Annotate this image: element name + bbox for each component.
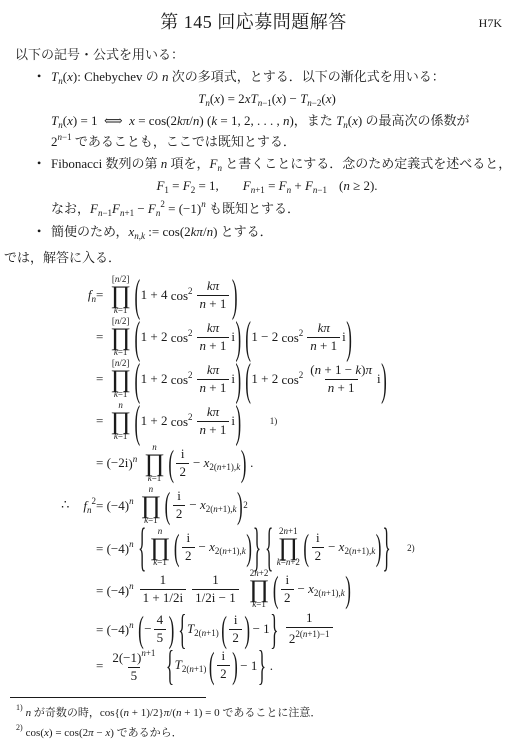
text-run: +1 — [125, 208, 135, 218]
equation-line-3: =[n/2]∏k=1(1 + 2 cos2kπn + 1i)(1 + 2 cos… — [4, 359, 503, 400]
math-text: 1 − 2 — [251, 329, 281, 344]
text-run: +1), — [227, 546, 242, 556]
delimiter: ( — [208, 647, 215, 684]
math-run: i — [177, 488, 181, 503]
intro-lead: 以下の記号・公式を用いる： — [15, 44, 503, 63]
numerator: i — [282, 573, 292, 589]
product-operator: n∏k=1 — [144, 443, 165, 484]
math-text: − 1 — [253, 621, 270, 636]
math-fragment: xT — [245, 91, 258, 106]
math-text: 1 — [212, 572, 219, 587]
text-run: 2 — [315, 548, 322, 563]
math-text: n + 1 — [200, 422, 227, 437]
math-text: . — [247, 455, 254, 470]
math-text: n+1 — [251, 185, 265, 195]
math-run: kπ — [207, 320, 219, 335]
delimiter: ( — [168, 445, 175, 482]
numerator: kπ — [204, 321, 222, 337]
text-run: ) — [332, 91, 336, 106]
text-run: = — [169, 178, 183, 193]
numerator: kπ — [204, 279, 222, 295]
equation-line-9: = (−4)n(−45){T2(n+1)(i2)− 1}122(n+1)−1 — [4, 611, 503, 647]
math-text: n−1 — [258, 98, 272, 108]
delimiter: { — [178, 608, 187, 651]
math-text: = — [96, 658, 103, 673]
fraction: kπn + 1 — [197, 363, 230, 396]
math-text: − 1 — [215, 590, 235, 605]
math-run: cos2 — [281, 328, 303, 346]
math-run: n + 1 — [328, 380, 355, 395]
math-run: i — [222, 648, 226, 663]
equation-lhs: fn — [4, 287, 96, 304]
text-run: 1 + 4 — [141, 287, 171, 302]
footnote-marker: 1) — [270, 416, 278, 426]
delimiter: ( — [173, 529, 180, 566]
subscript: 2(n+1),k — [206, 504, 237, 514]
denominator: 2 — [176, 463, 189, 480]
equation-line-4: =n∏k=1(1 + 2 cos2kπn + 1i)1) — [4, 401, 503, 442]
text-run: +1) — [194, 664, 207, 674]
math-run: 2 — [179, 464, 186, 479]
text-run: −1 — [262, 98, 272, 108]
text-run: であることも，ここでは既知とする． — [72, 134, 296, 149]
footnote-label: 1) — [16, 703, 26, 712]
math-text: n + 1 — [200, 338, 227, 353]
text-run: 1 — [160, 572, 167, 587]
text-run: = (−4) — [96, 622, 129, 637]
delimiter: ) — [244, 610, 251, 647]
math-text: kπ — [318, 320, 330, 335]
math-run: n + 1 — [200, 422, 227, 437]
fraction: 11 + 1/2i — [140, 573, 187, 606]
denominator: 2 — [281, 589, 294, 606]
text-run: 1 — [306, 610, 313, 625]
math-text: (x) = 1 ⟺ x = — [63, 113, 149, 128]
delimiter: ) — [381, 356, 388, 402]
text-run: =1 — [157, 557, 167, 567]
superscript: 2 — [188, 370, 193, 380]
delimiter: ) — [240, 445, 247, 482]
fraction: kπn + 1 — [197, 405, 230, 438]
math-run: 2(−1)n+1 — [112, 650, 155, 665]
text-run: − 1 — [215, 590, 235, 605]
text-run: 2(−1) — [112, 650, 141, 665]
math-fragment: F — [112, 201, 120, 216]
text-run: . — [247, 455, 254, 470]
text-run: 2 — [179, 464, 186, 479]
text-run: +1), — [218, 504, 233, 514]
text-run: 1 + 2 — [251, 371, 281, 386]
math-run: − x2(n+1),k — [193, 455, 240, 472]
math-text: k=1 — [114, 431, 128, 441]
math-run: − — [144, 621, 151, 637]
math-text: 2 — [299, 328, 304, 338]
numerator: i — [178, 447, 188, 463]
fraction: i2 — [312, 531, 325, 564]
math-run: − 1 — [215, 590, 235, 605]
text-run: =1 — [118, 305, 128, 315]
text-run: +1 — [146, 648, 156, 658]
text-line: Tn(x): Chebychev の n 次の多項式，とする．以下の漸化式を用い… — [51, 68, 503, 88]
delimiter: ( — [303, 529, 310, 566]
math-run: = (−4)n — [96, 581, 134, 599]
text-run: ，また — [294, 113, 336, 128]
superscript: n−1 — [58, 132, 72, 142]
text-run: 2 — [188, 370, 193, 380]
math-text: 2(n+1),k — [206, 504, 237, 514]
math-run: F1 — [156, 178, 168, 193]
delimiter: ) — [246, 529, 253, 566]
numerator: i — [183, 531, 193, 547]
text-line: Fibonacci 数列の第 n 項を，Fn と書くことにする．念のため定義式を… — [51, 155, 503, 175]
operator-limit: k=1 — [114, 306, 128, 316]
denominator: 2 — [229, 629, 242, 646]
math-run: − Fn2 — [134, 201, 165, 216]
denominator: n + 1 — [197, 421, 230, 438]
text-run: + 1 — [206, 296, 226, 311]
text-run: =1 — [148, 515, 158, 525]
math-text: i — [222, 648, 226, 663]
equation-rhs: = (−4)n11 + 1/2i11/2i − 12n+2∏k=1(i2− x2… — [96, 569, 351, 610]
math-fragment: n — [129, 620, 134, 630]
numerator: i — [231, 613, 241, 629]
subscript: n−1 — [313, 185, 327, 195]
math-run: 5 — [157, 630, 164, 645]
math-run: {(n + 1)/2}π/(n + 1) = 0 — [115, 707, 220, 719]
superscript: 2 — [188, 286, 193, 296]
operator-limit: k=1 — [114, 432, 128, 442]
math-text: F — [90, 201, 98, 216]
product-symbol: ∏ — [278, 537, 299, 558]
subscript: 2(n+1),k — [344, 546, 375, 556]
operator-limit: k=1 — [148, 474, 162, 484]
math-run: cos2 — [281, 370, 303, 388]
product-symbol: ∏ — [110, 369, 131, 390]
math-run: 1 − 2 — [251, 329, 281, 345]
text-run: + 1) = 0 — [182, 707, 220, 719]
superscript: 2(n+1)−1 — [295, 629, 329, 639]
math-text: − — [144, 621, 151, 636]
math-run: kπ — [318, 320, 330, 335]
math-text: = — [96, 413, 103, 428]
math-run: i — [181, 446, 185, 461]
delimiter: ) — [346, 314, 353, 360]
math-text: 1 + 2 — [141, 413, 171, 428]
denominator: n + 1 — [325, 379, 358, 396]
fraction: kπn + 1 — [197, 279, 230, 312]
math-run: i — [316, 530, 320, 545]
text-run: ) = 1 ⟺ — [73, 113, 129, 128]
math-text: = (−2 — [96, 455, 125, 470]
text-run: + 1 − — [321, 362, 355, 377]
text-run: + — [291, 178, 305, 193]
math-text: i — [177, 488, 181, 503]
text-run: = (−4) — [96, 498, 129, 513]
math-run: cos — [64, 727, 79, 739]
text-run: = — [96, 658, 103, 673]
math-text: 2 — [188, 328, 193, 338]
math-fragment: n — [129, 539, 134, 549]
text-run: と書くことにする．念のため定義式を述べると， — [222, 156, 511, 171]
math-fragment: kπ — [177, 113, 189, 128]
text-run: −1 — [62, 132, 72, 142]
math-fragment: kπ — [207, 278, 219, 293]
footnote-1: 1)n が奇数の時，cos{(n + 1)/2}π/(n + 1) = 0 であ… — [10, 702, 501, 722]
denominator: 5 — [128, 667, 141, 684]
math-text: k=n+2 — [277, 557, 300, 567]
text-run: 2 — [188, 328, 193, 338]
math-text: n — [129, 581, 134, 591]
math-text: (x) — [348, 113, 362, 128]
math-text: {(n + 1)/2}π/(n + 1) = 0 — [115, 707, 220, 719]
text-run: +1 — [255, 185, 265, 195]
text-run: も既知とする． — [206, 201, 300, 216]
math-text: n + 1 — [310, 338, 337, 353]
math-run: i — [285, 572, 289, 587]
numerator: kπ — [204, 405, 222, 421]
math-text: 2 — [188, 370, 193, 380]
math-run: (2π − x) — [79, 727, 114, 739]
math-fragment: F — [279, 178, 287, 193]
subscript: n,k — [134, 231, 145, 241]
product-operator: [n/2]∏k=1 — [110, 317, 131, 358]
delimiter: ( — [272, 571, 279, 608]
text-run: −1 — [102, 208, 112, 218]
math-fragment: π — [365, 362, 372, 377]
centered-formula: F1 = F2 = 1,Fn+1 = Fn + Fn−1(n ≥ 2). — [51, 177, 483, 197]
subscript: n — [156, 208, 161, 218]
symbol-list: Tn(x): Chebychev の n 次の多項式，とする．以下の漸化式を用い… — [4, 68, 503, 243]
product-symbol: ∏ — [110, 285, 131, 306]
text-run: −2 — [312, 98, 322, 108]
derivation-block: fn=[n/2]∏k=1(1 + 4 cos2kπn + 1)=[n/2]∏k=… — [4, 275, 503, 684]
math-text: F — [243, 178, 251, 193]
numerator: i — [219, 649, 229, 665]
math-run: = — [96, 658, 103, 674]
math-text: 2(n+1),k — [209, 462, 240, 472]
text-run: = 1, — [195, 178, 219, 193]
text-run: ) = 2 — [220, 91, 245, 106]
math-run: (x) — [321, 91, 335, 106]
text-run: − — [144, 621, 151, 636]
math-run: 2 — [220, 666, 227, 681]
superscript: 2 — [188, 328, 193, 338]
math-run: cos — [149, 113, 166, 128]
math-run: Fn−1 — [90, 201, 112, 216]
delimiter: ) — [232, 647, 239, 684]
product-operator: n∏k=1 — [110, 401, 131, 442]
math-text: (2kπ/n) (k = 1, 2, . . . , n) — [166, 113, 294, 128]
math-run: 2n−1 — [51, 134, 72, 149]
text-run: +2 — [290, 557, 300, 567]
math-run: = — [96, 371, 103, 387]
math-run: cos2 — [171, 286, 193, 304]
text-run: = — [135, 113, 149, 128]
math-fragment: F — [90, 201, 98, 216]
superscript: n — [133, 454, 138, 464]
text-run: 4 — [157, 612, 164, 627]
delimiter: { — [165, 645, 174, 688]
denominator: 22(n+1)−1 — [286, 627, 333, 647]
math-text: n−1 — [58, 132, 72, 142]
operator-limit: k=1 — [153, 558, 167, 568]
math-text: (x) = 2xT — [210, 91, 258, 106]
text-run: 2( — [295, 629, 303, 639]
math-run: 1 + 4 — [141, 287, 171, 303]
math-run: Fn — [210, 156, 222, 171]
footnotes: 1)n が奇数の時，cos{(n + 1)/2}π/(n + 1) = 0 であ… — [10, 702, 501, 741]
text-run: 1 + 2 — [141, 371, 171, 386]
math-run: 1 + 2 — [141, 329, 171, 345]
footnote-marker: 2) — [407, 543, 415, 553]
math-fragment: kπ — [191, 224, 203, 239]
text-run: = (−1) — [165, 201, 201, 216]
math-run: 1 — [306, 610, 313, 625]
numerator: 4 — [154, 613, 167, 629]
math-text: n — [129, 539, 134, 549]
math-text: cos — [171, 330, 188, 345]
text-run: +1), — [221, 462, 236, 472]
math-run: = F2 — [169, 178, 195, 193]
product-operator: n∏k=1 — [150, 527, 171, 568]
text-run: : Chebychev の — [77, 69, 162, 84]
math-run: 1/2 — [195, 590, 212, 605]
math-text: n — [129, 620, 134, 630]
math-run: Tn — [51, 69, 63, 84]
footnote-rule — [10, 697, 206, 698]
math-fragment: n — [87, 505, 92, 515]
math-run: (x) = — [40, 727, 64, 739]
numerator: 1 — [303, 611, 316, 627]
math-text: kπ — [207, 320, 219, 335]
math-text: 2 — [176, 506, 183, 521]
math-text: = 1, — [195, 178, 219, 193]
math-text: n + 1 — [328, 380, 355, 395]
math-text: 2 — [232, 630, 239, 645]
text-run: + 1 — [317, 338, 337, 353]
math-text: 2(n+1),k — [344, 546, 375, 556]
math-text: (2π − x) — [79, 727, 114, 739]
text-run: 2 — [220, 666, 227, 681]
math-text: n−2 — [307, 98, 321, 108]
math-text: k=1 — [114, 389, 128, 399]
math-run: cos — [100, 707, 115, 719]
math-fragment: F — [243, 178, 251, 193]
text-run: 2 — [188, 412, 193, 422]
math-text: (x) − T — [272, 91, 308, 106]
math-run: cos — [26, 727, 41, 739]
denominator: 2 — [173, 505, 186, 522]
text-run: 1 + 2 — [141, 329, 171, 344]
math-text: − x — [328, 539, 344, 554]
math-text: = F — [265, 178, 287, 193]
numerator: i — [313, 531, 323, 547]
text-run: 項を， — [167, 156, 209, 171]
math-text: 2(n+1),k — [314, 588, 345, 598]
math-run: fn2 — [83, 496, 96, 515]
numerator: 1 — [209, 573, 222, 589]
math-fragment: kπ — [207, 362, 219, 377]
delimiter: ( — [245, 356, 252, 402]
math-text: cos — [64, 727, 79, 739]
math-run: kπ — [207, 362, 219, 377]
math-text: − F — [134, 201, 156, 216]
math-text: = (−4) — [96, 622, 129, 637]
text-line: なお，Fn−1Fn+1 − Fn2 = (−1)n も既知とする． — [51, 198, 503, 220]
text-run: = 1, 2, . . . , — [217, 113, 283, 128]
subscript: n — [87, 505, 92, 515]
product-operator: [n/2]∏k=1 — [110, 359, 131, 400]
math-text: 1 + 1/2 — [143, 590, 180, 605]
math-text: k=1 — [252, 599, 266, 609]
text-run: 1/2 — [195, 590, 212, 605]
fraction: i2 — [217, 649, 230, 682]
math-text: cos — [171, 414, 188, 429]
math-run: n + 1 — [310, 338, 337, 353]
subscript: 2(n+1),k — [209, 462, 240, 472]
denominator: 1/2i − 1 — [192, 589, 239, 606]
delimiter: } — [270, 608, 279, 651]
text-run: =1 — [152, 473, 162, 483]
fraction: 122(n+1)−1 — [286, 611, 333, 647]
math-text: − 1 — [240, 658, 257, 673]
numerator: i — [174, 489, 184, 505]
math-fragment: T — [175, 657, 182, 672]
math-text: k=1 — [153, 557, 167, 567]
math-run: = — [96, 287, 103, 303]
math-text: n−1 — [98, 208, 112, 218]
math-text: T — [175, 657, 182, 672]
math-run: − 1 — [253, 621, 270, 637]
equation-rhs: =n∏k=1(1 + 2 cos2kπn + 1i)1) — [96, 401, 277, 442]
subscript: 2(n+1) — [194, 628, 219, 638]
math-run: n + 1 — [200, 296, 227, 311]
math-run: (n ≥ 2). — [339, 178, 378, 193]
text-line: Tn(x) = 1 ⟺ x = cos(2kπ/n) (k = 1, 2, . … — [51, 112, 503, 132]
math-run: (x) = 1 ⟺ x = — [63, 113, 149, 128]
product-symbol: ∏ — [110, 411, 131, 432]
author-tag: H7K — [479, 16, 502, 31]
text-run: 1 — [212, 572, 219, 587]
equation-rhs: = (−4)nn∏k=1(i2− x2(n+1),k)2 — [96, 485, 248, 526]
math-run: cos — [162, 224, 179, 239]
math-run: 1 — [160, 572, 167, 587]
math-run: n + 1 — [200, 380, 227, 395]
operator-limit: k=1 — [114, 390, 128, 400]
math-run: = — [96, 413, 103, 429]
equation-line-2: =[n/2]∏k=1(1 + 2 cos2kπn + 1i)(1 − 2 cos… — [4, 317, 503, 358]
math-text: cos — [149, 113, 166, 128]
math-text: cos — [171, 288, 188, 303]
text-run: 2 — [284, 590, 291, 605]
math-run: − 1 — [240, 658, 257, 674]
text-run: であるから． — [114, 727, 183, 739]
text-run: 2 — [176, 506, 183, 521]
math-text: kπ — [207, 404, 219, 419]
math-run: fn — [88, 287, 96, 304]
delimiter: { — [138, 521, 147, 574]
denominator: 2 — [217, 665, 230, 682]
math-run: i — [186, 530, 190, 545]
text-run: ) ( — [199, 113, 211, 128]
math-text: cos — [100, 707, 115, 719]
math-run: = (−4)n — [96, 620, 134, 638]
math-text: = F — [169, 178, 191, 193]
subscript: n+1 — [120, 208, 134, 218]
math-text: 2 — [188, 412, 193, 422]
math-run: = (−2 — [96, 455, 125, 471]
text-run: = (−2 — [96, 455, 125, 470]
